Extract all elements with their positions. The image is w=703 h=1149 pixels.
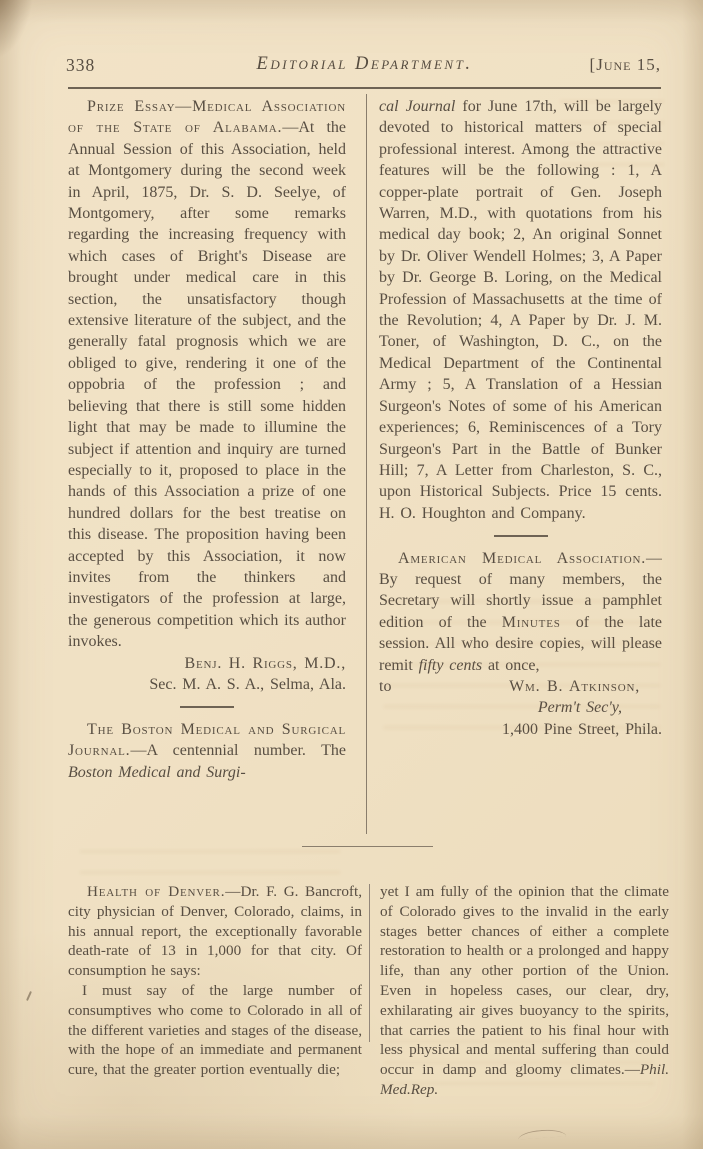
column-bottom-right: yet I am fully of the opinion that the c… — [380, 882, 669, 1127]
prize-essay-body: —At the Annual Session of this Associati… — [68, 119, 346, 650]
column-divider-bottom — [369, 884, 370, 1042]
pen-squiggle-artifact — [518, 1128, 566, 1139]
boston-journal-body: —A centennial number. The — [130, 742, 346, 759]
ama-to-word: to — [379, 676, 391, 697]
signature-role: Sec. M. A. S. A., Selma, Ala. — [149, 676, 346, 693]
ama-signature-role-line: Perm't Sec'y, — [379, 697, 662, 718]
signature-name-line: Benj. H. Riggs, M.D., — [68, 653, 346, 674]
ama-signature-address: 1,400 Pine Street, Phila. — [502, 721, 662, 738]
column-bottom-left: Health of Denver.—Dr. F. G. Bancroft, ci… — [68, 882, 362, 1127]
prize-essay-paragraph: Prize Essay—Medical Association of the S… — [68, 96, 346, 653]
boston-journal-paragraph: The Boston Medical and Surgical Journal.… — [68, 719, 346, 783]
header-rule — [68, 87, 661, 89]
journal-page-scan: 338 Editorial Department. [June 15, Priz… — [0, 0, 703, 1149]
column-top-left: Prize Essay—Medical Association of the S… — [68, 96, 346, 844]
ama-heading: American Medical Association. — [398, 550, 646, 567]
ama-paragraph: American Medical Association.—By request… — [379, 548, 662, 676]
signature-name: Benj. H. Riggs, M.D., — [185, 655, 347, 672]
item-separator-rule — [180, 706, 234, 708]
ama-body-3: at once, — [482, 657, 539, 674]
denver-paragraph: Health of Denver.—Dr. F. G. Bancroft, ci… — [68, 882, 362, 981]
ama-minutes-smallcaps: Minutes — [502, 614, 561, 631]
ama-signature-name: Wm. B. Atkinson, — [509, 676, 662, 697]
boston-title-continuation-italic: cal Journal — [379, 98, 455, 115]
denver-continuation-body: yet I am fully of the opinion that the c… — [380, 883, 669, 1078]
boston-continuation-body: for June 17th, will be largely devoted t… — [379, 98, 662, 522]
denver-continuation-paragraph: yet I am fully of the opinion that the c… — [380, 882, 669, 1100]
item-separator-rule — [494, 535, 548, 537]
signature-role-line: Sec. M. A. S. A., Selma, Ala. — [68, 674, 346, 695]
ama-signature-line: toWm. B. Atkinson, — [379, 676, 662, 697]
denver-quote-paragraph: I must say of the large number of consum… — [68, 981, 362, 1080]
bleed-through-artifact — [80, 850, 340, 884]
denver-body-2: I must say of the large number of consum… — [68, 982, 362, 1078]
ama-fee-italic: fifty cents — [419, 657, 483, 674]
section-divider-rule — [302, 846, 433, 847]
column-divider-top — [366, 94, 367, 834]
ama-signature-address-line: 1,400 Pine Street, Phila. — [379, 719, 662, 740]
boston-journal-title-italic: Boston Medical and Surgi- — [68, 764, 246, 781]
column-top-right: cal Journal for June 17th, will be large… — [379, 96, 662, 844]
running-head-date: [June 15, — [68, 55, 661, 75]
denver-heading: Health of Denver. — [87, 883, 225, 900]
ama-signature-role: Perm't Sec'y, — [538, 699, 622, 716]
boston-continuation-paragraph: cal Journal for June 17th, will be large… — [379, 96, 662, 524]
pen-mark-artifact — [26, 991, 32, 1001]
